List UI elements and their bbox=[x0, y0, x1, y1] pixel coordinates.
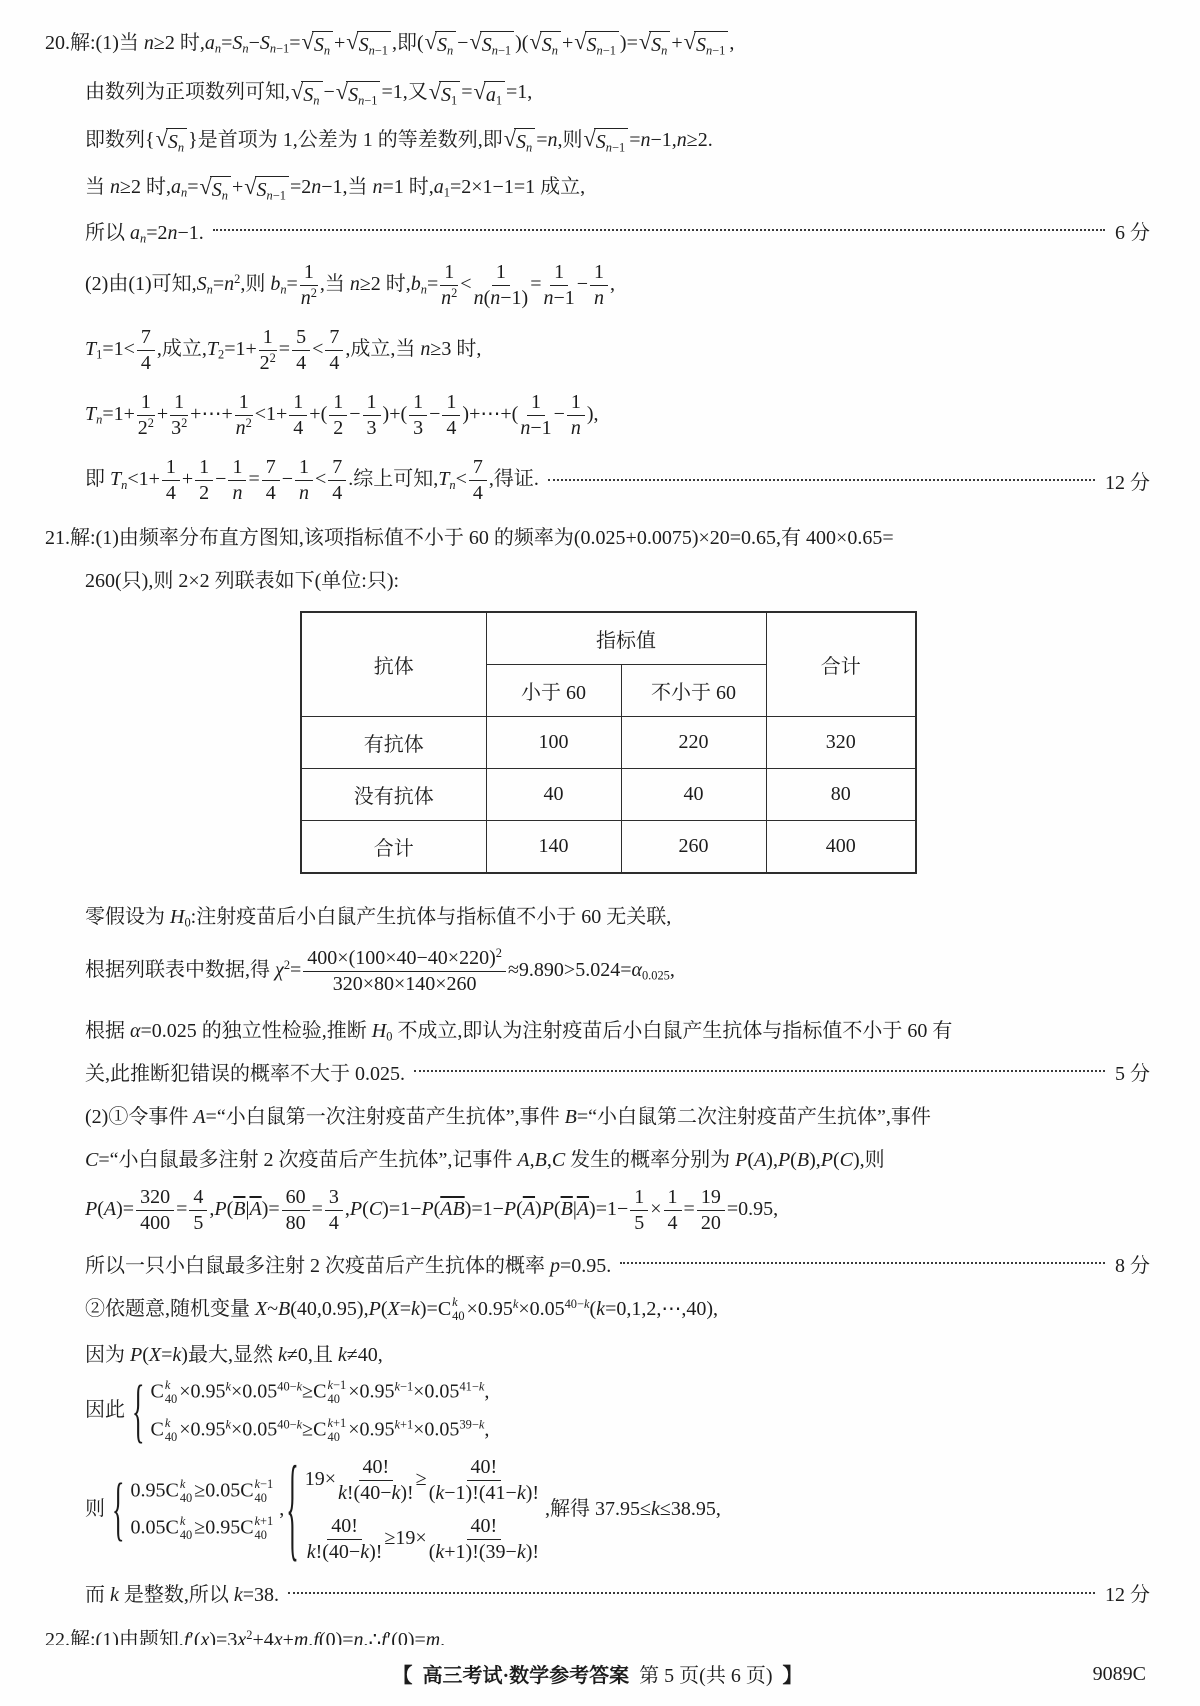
answer-line: 由数列为正项数列可知,√Sn−√Sn−1=1,又√S1=√a1=1, bbox=[45, 75, 1150, 106]
answer-line: (2)由(1)可知,Sn=n2,则 bn=1n2,当 n≥2 时,bn=1n2<… bbox=[45, 261, 1150, 310]
answer-line-text: T1=1<74,成立,T2=1+122=54<74,成立,当 n≥3 时, bbox=[85, 338, 481, 360]
answer-line-text: 根据列联表中数据,得 χ2=400×(100×40−40×220)2320×80… bbox=[85, 959, 675, 981]
answer-line-text: 则 {0.95Ck40≥0.05Ck−1400.05Ck40≥0.95Ck+14… bbox=[85, 1498, 721, 1520]
table-cell: 合计 bbox=[301, 820, 486, 873]
answer-line-text: ②依题意,随机变量 X~B(40,0.95),P(X=k)=Ck40×0.95k… bbox=[85, 1298, 718, 1320]
answer-line: 20.解:(1)当 n≥2 时,an=Sn−Sn−1=√Sn+√Sn−1,即(√… bbox=[45, 26, 1150, 57]
dotted-leader bbox=[414, 1070, 1105, 1072]
answer-line: 零假设为 H0:注射疫苗后小白鼠产生抗体与指标值不小于 60 无关联, bbox=[45, 900, 1150, 929]
answer-line-text: 由数列为正项数列可知,√Sn−√Sn−1=1,又√S1=√a1=1, bbox=[85, 81, 532, 103]
footer-bracket-close: 】 bbox=[783, 1659, 803, 1688]
answer-line: 根据列联表中数据,得 χ2=400×(100×40−40×220)2320×80… bbox=[45, 947, 1150, 996]
dotted-leader bbox=[548, 479, 1095, 481]
score-label: 5 分 bbox=[1115, 1057, 1150, 1086]
answer-line: 260(只),则 2×2 列联表如下(单位:只): bbox=[45, 564, 1150, 593]
answer-line-text: 关,此推断犯错误的概率不大于 0.025. bbox=[85, 1057, 405, 1086]
footer-bracket-open: 【 bbox=[393, 1659, 413, 1688]
table-cell: 合计 bbox=[766, 612, 916, 717]
dotted-leader bbox=[213, 229, 1105, 231]
answer-body: 20.解:(1)当 n≥2 时,an=Sn−Sn−1=√Sn+√Sn−1,即(√… bbox=[45, 26, 1150, 1645]
answer-line: Tn=1+122+132+⋯+1n2<1+14+(12−13)+(13−14)+… bbox=[45, 391, 1150, 440]
table-cell: 100 bbox=[486, 716, 621, 768]
table-cell: 320 bbox=[766, 716, 916, 768]
answer-line-text: 即数列{√Sn}是首项为 1,公差为 1 的等差数列,即√Sn=n,则√Sn−1… bbox=[85, 129, 713, 151]
table-cell: 40 bbox=[621, 768, 766, 820]
table-cell: 220 bbox=[621, 716, 766, 768]
footer-page-number: 第 5 页(共 6 页) bbox=[639, 1659, 772, 1688]
answer-line-text: 所以 an=2n−1. bbox=[85, 216, 204, 245]
answer-line-text: 当 n≥2 时,an=√Sn+√Sn−1=2n−1,当 n=1 时,a1=2×1… bbox=[85, 176, 585, 198]
answer-line: 21.解:(1)由频率分布直方图知,该项指标值不小于 60 的频率为(0.025… bbox=[45, 521, 1150, 550]
table-cell: 抗体 bbox=[301, 612, 486, 717]
answer-line-text: 因此 {Ck40×0.95k×0.0540−k≥Ck−140×0.95k−1×0… bbox=[85, 1399, 493, 1421]
table-cell: 没有抗体 bbox=[301, 768, 486, 820]
answer-line: 所以一只小白鼠最多注射 2 次疫苗后产生抗体的概率 p=0.95.8 分 bbox=[45, 1249, 1150, 1278]
answer-line-text: 22.解:(1)由题知,f′(x)=3x2+4x+m,f(0)=n,∴f′(0)… bbox=[45, 1629, 445, 1645]
answer-line-text: 所以一只小白鼠最多注射 2 次疫苗后产生抗体的概率 p=0.95. bbox=[85, 1249, 611, 1278]
score-label: 12 分 bbox=[1105, 466, 1150, 495]
table-cell: 140 bbox=[486, 820, 621, 873]
score-label: 8 分 bbox=[1115, 1249, 1150, 1278]
answer-line: P(A)=320400=45,P(B|A)=6080=34,P(C)=1−P(A… bbox=[45, 1186, 1150, 1235]
page: 20.解:(1)当 n≥2 时,an=Sn−Sn−1=√Sn+√Sn−1,即(√… bbox=[0, 0, 1200, 1706]
answer-line: 当 n≥2 时,an=√Sn+√Sn−1=2n−1,当 n=1 时,a1=2×1… bbox=[45, 170, 1150, 201]
footer-paper-code: 9089C bbox=[1093, 1663, 1146, 1686]
answer-line: 关,此推断犯错误的概率不大于 0.025.5 分 bbox=[45, 1057, 1150, 1086]
answer-line: 而 k 是整数,所以 k=38.12 分 bbox=[45, 1578, 1150, 1607]
answer-line: (2)①令事件 A=“小白鼠第一次注射疫苗产生抗体”,事件 B=“小白鼠第二次注… bbox=[45, 1100, 1150, 1129]
table-cell: 指标值 bbox=[486, 612, 766, 665]
footer-title: 高三考试·数学参考答案 bbox=[423, 1659, 630, 1688]
dotted-leader bbox=[288, 1592, 1095, 1594]
table-cell: 260 bbox=[621, 820, 766, 873]
table-cell: 40 bbox=[486, 768, 621, 820]
answer-line-text: 21.解:(1)由频率分布直方图知,该项指标值不小于 60 的频率为(0.025… bbox=[45, 527, 894, 549]
dotted-leader bbox=[620, 1262, 1105, 1264]
answer-line: 因为 P(X=k)最大,显然 k≠0,且 k≠40, bbox=[45, 1338, 1150, 1367]
table-cell: 400 bbox=[766, 820, 916, 873]
answer-line-text: 而 k 是整数,所以 k=38. bbox=[85, 1578, 279, 1607]
score-label: 6 分 bbox=[1115, 216, 1150, 245]
answer-line: ②依题意,随机变量 X~B(40,0.95),P(X=k)=Ck40×0.95k… bbox=[45, 1292, 1150, 1324]
answer-line: T1=1<74,成立,T2=1+122=54<74,成立,当 n≥3 时, bbox=[45, 326, 1150, 375]
table-cell: 不小于 60 bbox=[621, 664, 766, 716]
answer-line: 即 Tn<1+14+12−1n=74−1n<74.综上可知,Tn<74,得证.1… bbox=[45, 456, 1150, 505]
answer-line: 22.解:(1)由题知,f′(x)=3x2+4x+m,f(0)=n,∴f′(0)… bbox=[45, 1623, 1150, 1645]
answer-line: C=“小白鼠最多注射 2 次疫苗后产生抗体”,记事件 A,B,C 发生的概率分别… bbox=[45, 1143, 1150, 1172]
answer-line-text: Tn=1+122+132+⋯+1n2<1+14+(12−13)+(13−14)+… bbox=[85, 403, 599, 425]
answer-line-text: (2)①令事件 A=“小白鼠第一次注射疫苗产生抗体”,事件 B=“小白鼠第二次注… bbox=[85, 1106, 931, 1128]
answer-line-text: C=“小白鼠最多注射 2 次疫苗后产生抗体”,记事件 A,B,C 发生的概率分别… bbox=[85, 1149, 885, 1171]
page-footer: 【 高三考试·数学参考答案 第 5 页(共 6 页) 】 9089C bbox=[45, 1645, 1150, 1706]
answer-line-text: 20.解:(1)当 n≥2 时,an=Sn−Sn−1=√Sn+√Sn−1,即(√… bbox=[45, 32, 734, 54]
table-cell: 80 bbox=[766, 768, 916, 820]
score-label: 12 分 bbox=[1105, 1578, 1150, 1607]
answer-line: 所以 an=2n−1.6 分 bbox=[45, 216, 1150, 245]
table-row: 有抗体100220320 bbox=[301, 716, 916, 768]
table-cell: 小于 60 bbox=[486, 664, 621, 716]
contingency-table: 抗体指标值合计小于 60不小于 60有抗体100220320没有抗体404080… bbox=[300, 611, 917, 874]
answer-line-text: 根据 α=0.025 的独立性检验,推断 H0 不成立,即认为注射疫苗后小白鼠产… bbox=[85, 1020, 952, 1042]
answer-line-text: 零假设为 H0:注射疫苗后小白鼠产生抗体与指标值不小于 60 无关联, bbox=[85, 906, 671, 928]
answer-line-text: (2)由(1)可知,Sn=n2,则 bn=1n2,当 n≥2 时,bn=1n2<… bbox=[85, 273, 615, 295]
answer-line: 则 {0.95Ck40≥0.05Ck−1400.05Ck40≥0.95Ck+14… bbox=[45, 1456, 1150, 1564]
table-row: 合计140260400 bbox=[301, 820, 916, 873]
answer-line: 根据 α=0.025 的独立性检验,推断 H0 不成立,即认为注射疫苗后小白鼠产… bbox=[45, 1014, 1150, 1043]
answer-line-text: P(A)=320400=45,P(B|A)=6080=34,P(C)=1−P(A… bbox=[85, 1198, 778, 1220]
table-cell: 有抗体 bbox=[301, 716, 486, 768]
answer-line: 因此 {Ck40×0.95k×0.0540−k≥Ck−140×0.95k−1×0… bbox=[45, 1379, 1150, 1445]
answer-line-text: 即 Tn<1+14+12−1n=74−1n<74.综上可知,Tn<74,得证. bbox=[85, 456, 539, 505]
table-row: 没有抗体404080 bbox=[301, 768, 916, 820]
answer-line-text: 260(只),则 2×2 列联表如下(单位:只): bbox=[85, 570, 399, 592]
answer-line: 即数列{√Sn}是首项为 1,公差为 1 的等差数列,即√Sn=n,则√Sn−1… bbox=[45, 123, 1150, 154]
answer-line-text: 因为 P(X=k)最大,显然 k≠0,且 k≠40, bbox=[85, 1344, 383, 1366]
